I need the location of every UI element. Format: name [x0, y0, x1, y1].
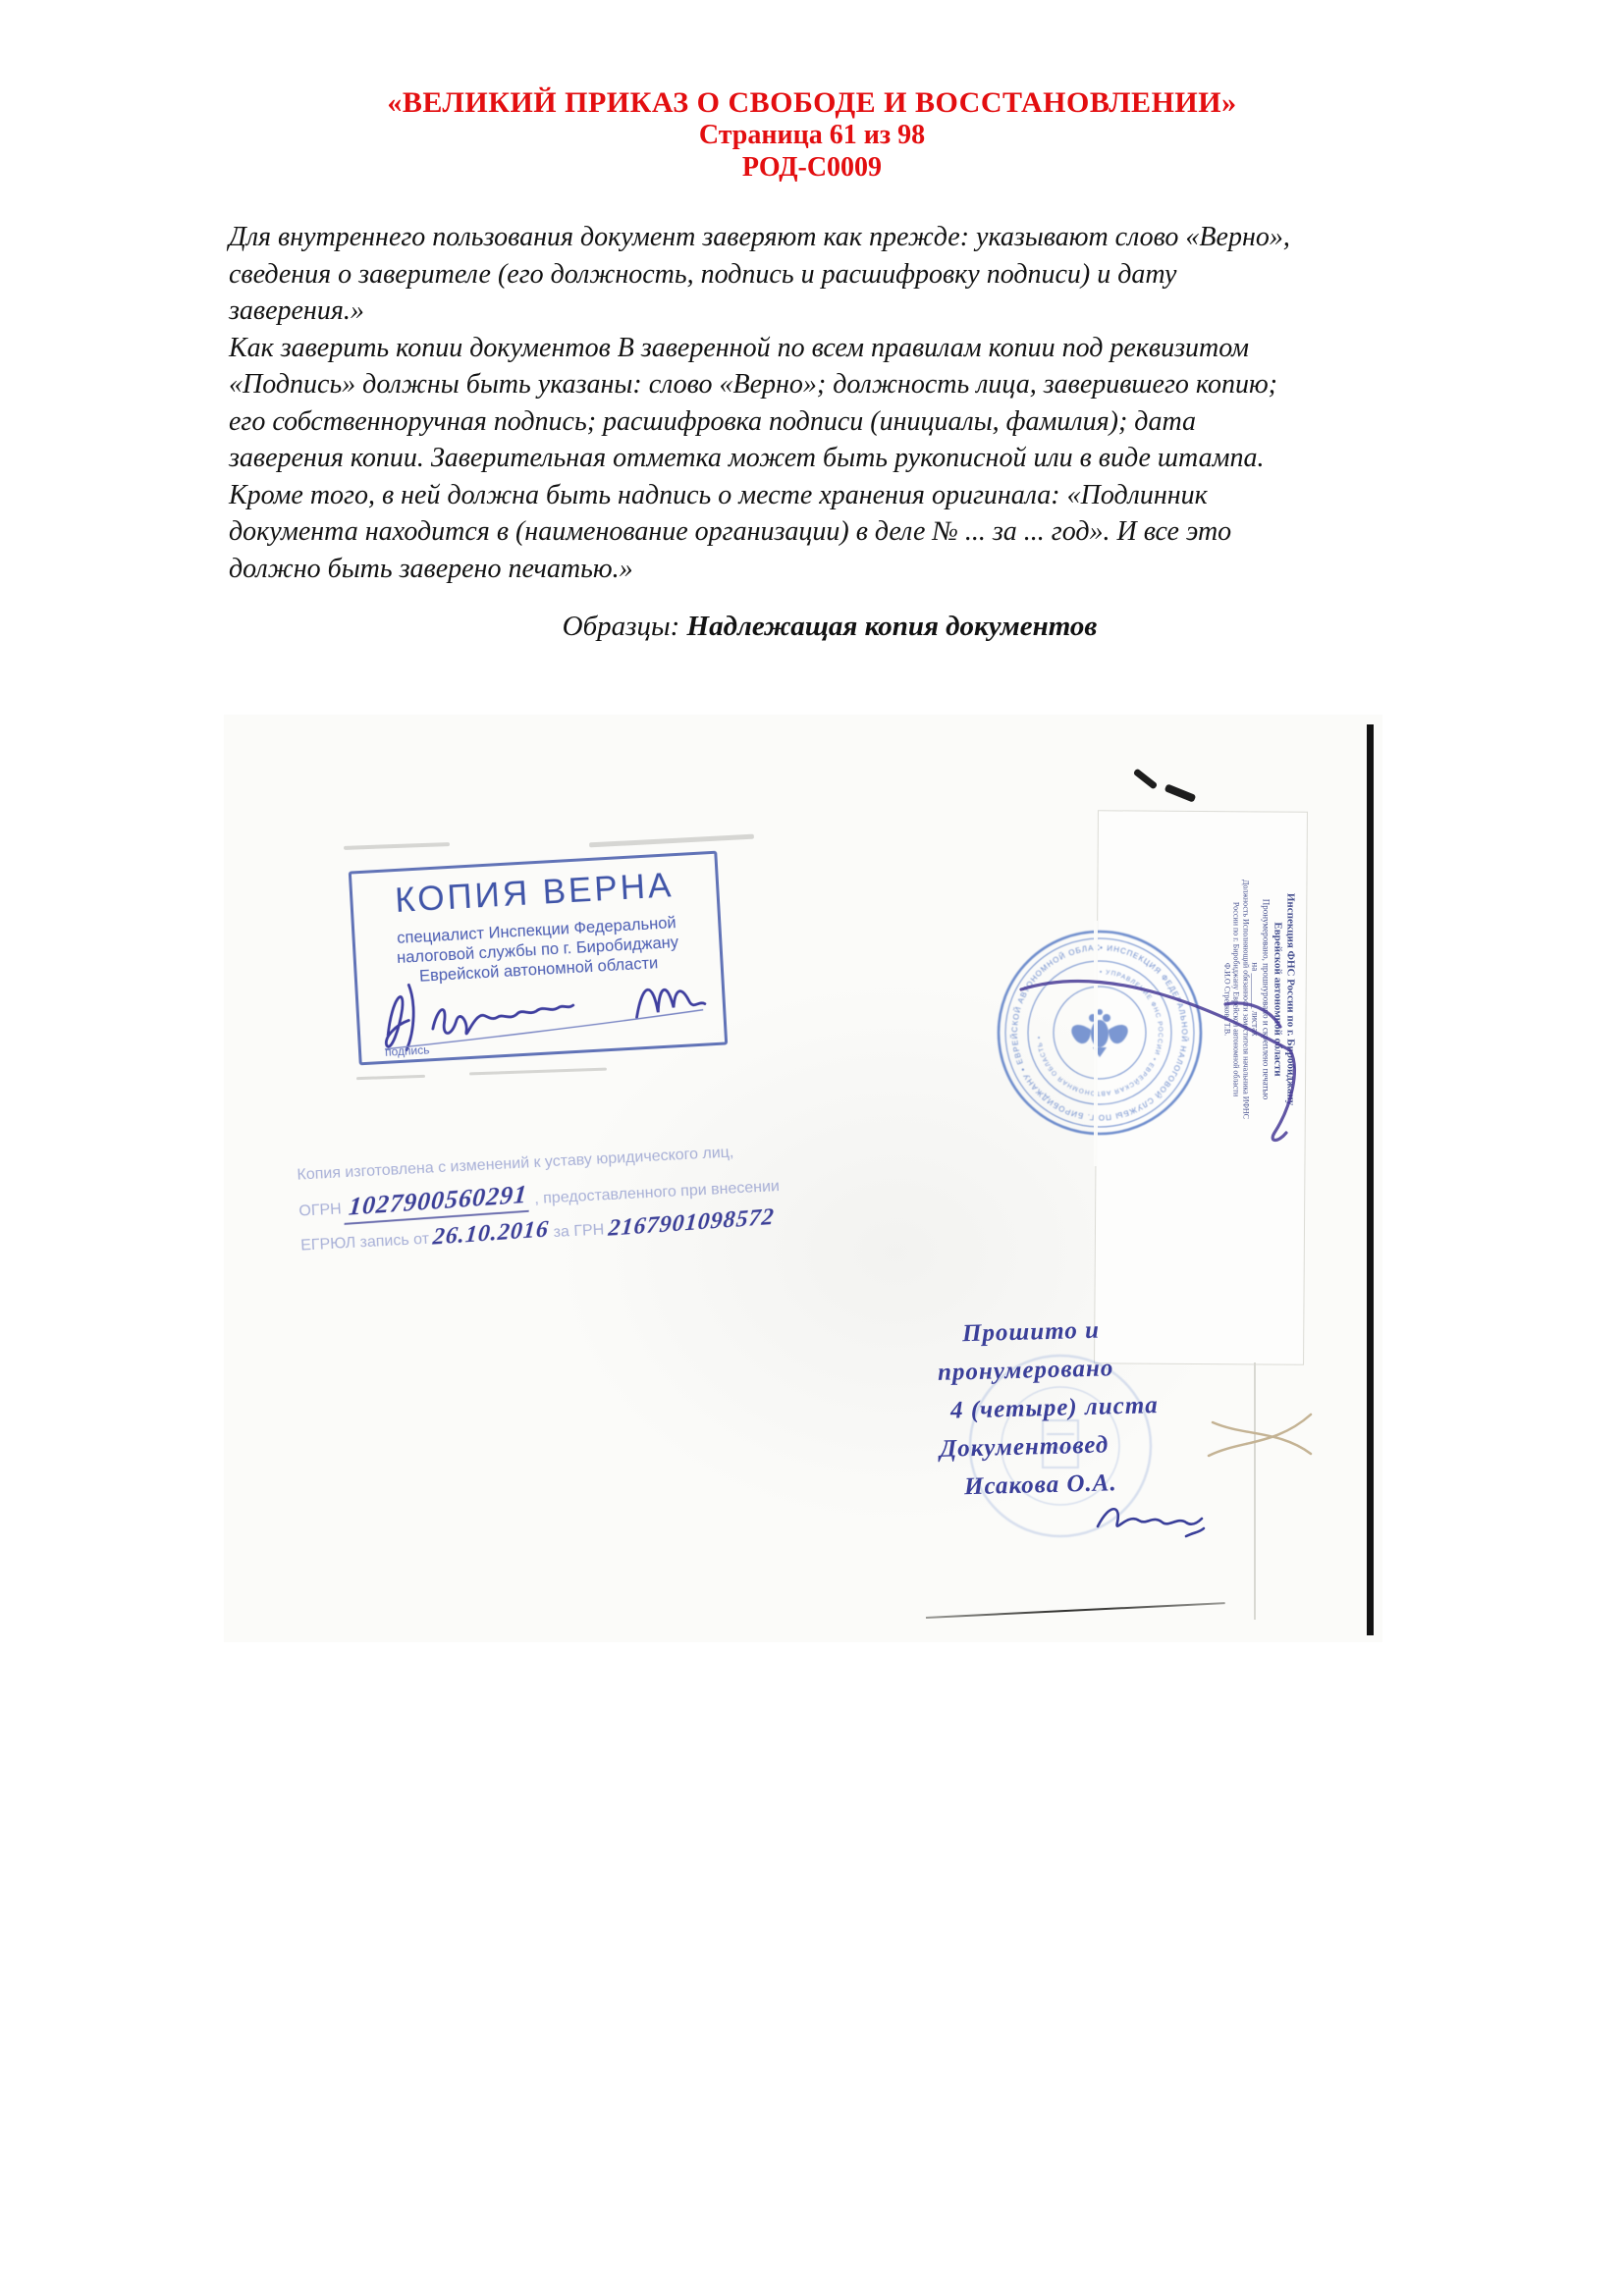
- body-line: Кроме того, в ней должна быть надпись о …: [229, 477, 1446, 514]
- scan-streak: [469, 1068, 607, 1076]
- document-code: РОД-С0009: [0, 151, 1624, 184]
- paper-sheet-edge: [926, 1602, 1225, 1619]
- scan-streak: [344, 842, 450, 850]
- body-line: «Подпись» должны быть указаны: слово «Ве…: [229, 366, 1446, 403]
- note-signature-icon: [1088, 1493, 1206, 1542]
- copy-correct-stamp: КОПИЯ ВЕРНА специалист Инспекции Федерал…: [349, 851, 728, 1066]
- samples-caption-prefix: Образцы:: [563, 611, 687, 642]
- body-line: должно быть заверено печатью.»: [229, 551, 1446, 588]
- document-title: «ВЕЛИКИЙ ПРИКАЗ О СВОБОДЕ И ВОССТАНОВЛЕН…: [0, 86, 1624, 119]
- handwritten-date: 26.10.2016: [432, 1213, 551, 1254]
- egrul-label: ЕГРЮЛ запись от: [300, 1231, 430, 1255]
- body-line: заверения.»: [229, 293, 1446, 330]
- grn-label: за ГРН: [553, 1221, 604, 1241]
- page-number-info: Страница 61 из 98: [0, 119, 1624, 151]
- body-line: сведения о заверителе (его должность, по…: [229, 256, 1446, 294]
- body-line: Для внутреннего пользования документ зав…: [229, 219, 1446, 256]
- body-text: Для внутреннего пользования документ зав…: [229, 219, 1446, 587]
- pen-mark-icon: [1133, 768, 1159, 789]
- ogrn-registration-stamp: Копия изготовлена с изменений к уставу ю…: [297, 1130, 851, 1261]
- page-header: «ВЕЛИКИЙ ПРИКАЗ О СВОБОДЕ И ВОССТАНОВЛЕН…: [0, 0, 1624, 184]
- document-page: «ВЕЛИКИЙ ПРИКАЗ О СВОБОДЕ И ВОССТАНОВЛЕН…: [0, 0, 1624, 2296]
- signature-label: подпись: [385, 1042, 430, 1059]
- body-line: заверения копии. Заверительная отметка м…: [229, 440, 1446, 477]
- scan-streak: [356, 1075, 425, 1080]
- scanned-document-photo: КОПИЯ ВЕРНА специалист Инспекции Федерал…: [224, 715, 1382, 1642]
- scan-streak: [589, 834, 754, 848]
- samples-caption: Образцы: Надлежащая копия документов: [18, 611, 1624, 643]
- body-line: документа находится в (наименование орга…: [229, 513, 1446, 551]
- body-line: Как заверить копии документов В заверенн…: [229, 330, 1446, 367]
- body-line: его собственноручная подпись; расшифровк…: [229, 403, 1446, 441]
- ogrn-label: ОГРН: [298, 1201, 342, 1219]
- binding-thread-icon: [1201, 1397, 1319, 1475]
- samples-caption-title: Надлежащая копия документов: [687, 611, 1098, 642]
- pen-signature-stroke-icon: [980, 950, 1314, 1156]
- scanner-black-bar: [1367, 724, 1374, 1635]
- handwritten-note: Прошито и пронумеровано 4 (четыре) листа…: [936, 1308, 1235, 1507]
- pen-mark-icon: [1164, 783, 1197, 802]
